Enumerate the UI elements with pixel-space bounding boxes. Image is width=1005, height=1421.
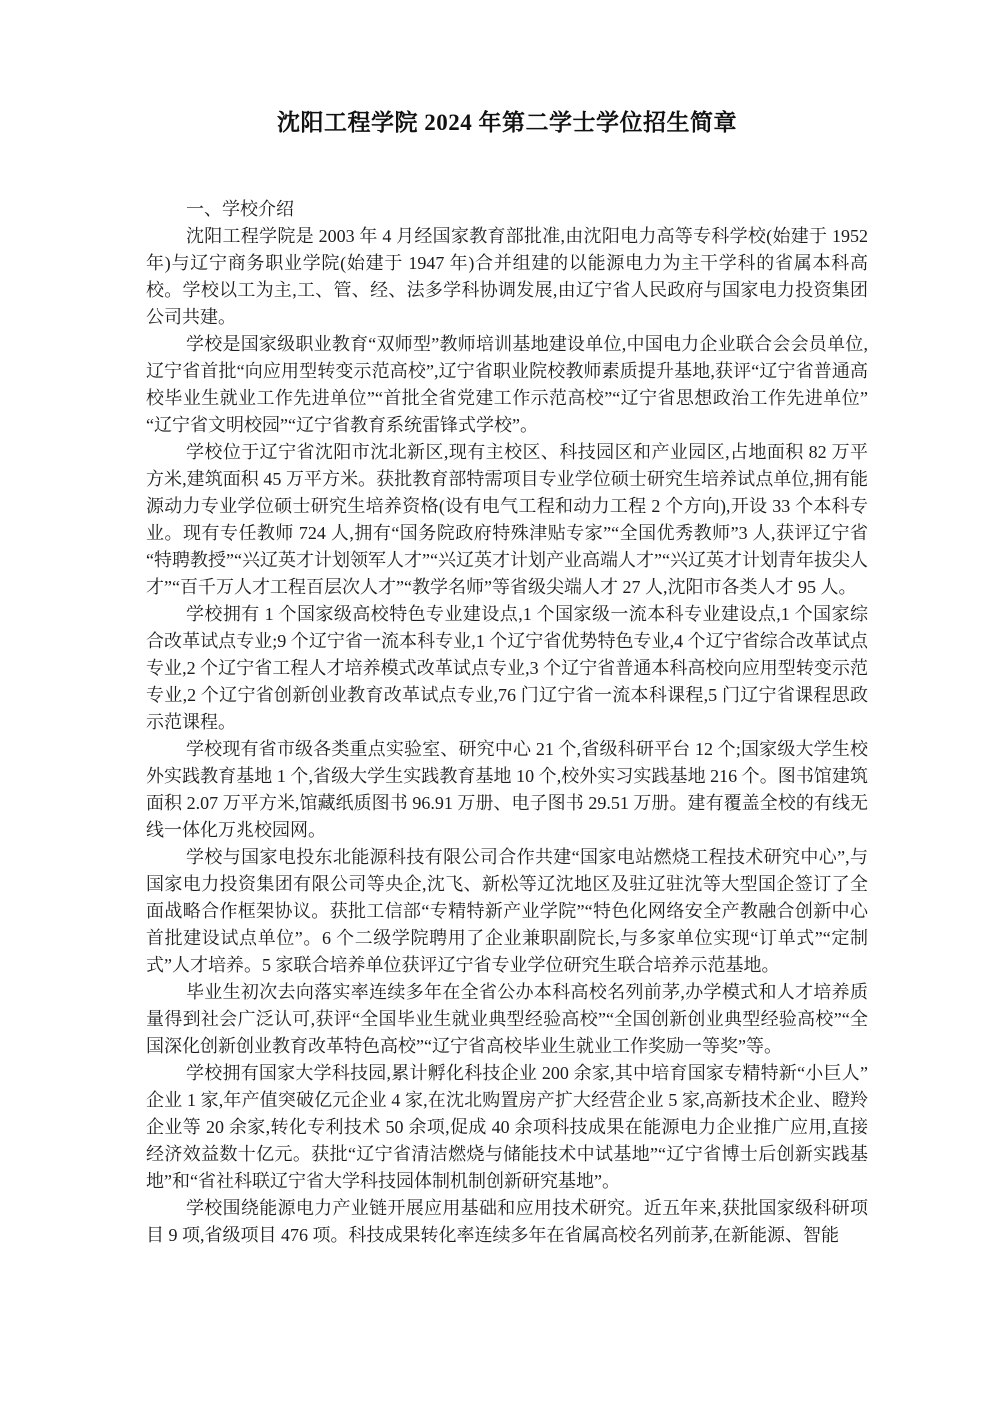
body-paragraph: 沈阳工程学院是 2003 年 4 月经国家教育部批准,由沈阳电力高等专科学校(始… xyxy=(146,223,868,331)
body-paragraph: 学校位于辽宁省沈阳市沈北新区,现有主校区、科技园区和产业园区,占地面积 82 万… xyxy=(146,439,868,601)
body-paragraph: 学校与国家电投东北能源科技有限公司合作共建“国家电站燃烧工程技术研究中心”,与国… xyxy=(146,844,868,979)
section-school-introduction: 一、学校介绍 沈阳工程学院是 2003 年 4 月经国家教育部批准,由沈阳电力高… xyxy=(146,196,868,1249)
body-paragraph: 学校拥有 1 个国家级高校特色专业建设点,1 个国家级一流本科专业建设点,1 个… xyxy=(146,601,868,736)
body-paragraph: 学校现有省市级各类重点实验室、研究中心 21 个,省级科研平台 12 个;国家级… xyxy=(146,736,868,844)
body-paragraph: 学校是国家级职业教育“双师型”教师培训基地建设单位,中国电力企业联合会会员单位,… xyxy=(146,331,868,439)
body-paragraph: 学校围绕能源电力产业链开展应用基础和应用技术研究。近五年来,获批国家级科研项目 … xyxy=(146,1195,868,1249)
document-page: 沈阳工程学院 2024 年第二学士学位招生简章 一、学校介绍 沈阳工程学院是 2… xyxy=(0,0,1005,1421)
body-paragraph: 毕业生初次去向落实率连续多年在全省公办本科高校名列前茅,办学模式和人才培养质量得… xyxy=(146,979,868,1060)
section-heading: 一、学校介绍 xyxy=(146,196,868,223)
page-title: 沈阳工程学院 2024 年第二学士学位招生简章 xyxy=(146,106,868,140)
body-paragraph: 学校拥有国家大学科技园,累计孵化科技企业 200 余家,其中培育国家专精特新“小… xyxy=(146,1060,868,1195)
